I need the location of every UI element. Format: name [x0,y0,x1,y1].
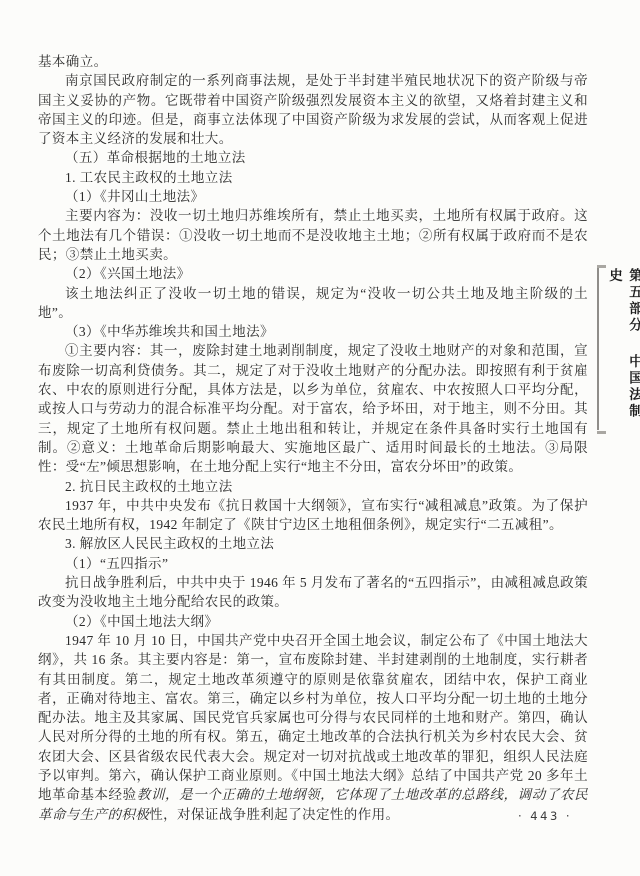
body-text: 该土地法纠正了没收一切土地的错误，规定为“没收一切公共土地及地主阶级的土地”。 [38,286,588,320]
paragraph: 主要内容为：没收一切土地归苏维埃所有，禁止土地买卖，土地所有权属于政府。这个土地… [38,206,588,264]
body-text: ①主要内容：其一，废除封建土地剥削制度，规定了没收土地财产的对象和范围，宣布废除… [38,343,588,474]
paragraph: 3. 解放区人民民主政权的土地立法 [38,534,588,553]
chapter-side-tab: 第五部分 中国法制史 [597,268,640,430]
body-text: （2）《中国土地法大纲》 [65,614,218,629]
body-text: 抗日战争胜利后，中共中央于 1946 年 5 月发布了著名的“五四指示”，由减租… [38,575,588,609]
body-text: 基本确立。 [38,54,108,69]
body-text: 性，对保证战争胜利起了决定性的作用。 [149,807,399,822]
body-text: 1947 年 10 月 10 日，中国共产党中央召开全国土地会议，制定公布了《中… [38,633,588,802]
body-text: （五）革命根据地的土地立法 [65,150,246,165]
body-text: （1）《井冈山土地法》 [65,189,204,204]
paragraph: 南京国民政府制定的一系列商事法规，是处于半封建半殖民地状况下的资产阶级与帝国主义… [38,71,588,148]
body-text: 主要内容为：没收一切土地归苏维埃所有，禁止土地买卖，土地所有权属于政府。这个土地… [38,208,588,262]
paragraph: （2）《兴国土地法》 [38,264,588,283]
paragraph: （五）革命根据地的土地立法 [38,148,588,167]
body-text: （3）《中华苏维埃共和国土地法》 [65,324,274,339]
book-page: 基本确立。南京国民政府制定的一系列商事法规，是处于半封建半殖民地状况下的资产阶级… [0,0,640,876]
paragraph: 1. 工农民主政权的土地立法 [38,168,588,187]
paragraph: 1947 年 10 月 10 日，中国共产党中央召开全国土地会议，制定公布了《中… [38,631,588,824]
body-text: 3. 解放区人民民主政权的土地立法 [65,536,274,551]
paragraph: （1）“五四指示” [38,554,588,573]
body-text: （1）“五四指示” [65,556,168,571]
paragraph: 2. 抗日民主政权的土地立法 [38,477,588,496]
body-text: 1937 年，中共中央发布《抗日救国十大纲领》，宣布实行“减租减息”政策。为了保… [38,498,588,532]
paragraph: （3）《中华苏维埃共和国土地法》 [38,322,588,341]
chapter-tab-text: 第五部分 中国法制史 [604,268,640,430]
paragraph: （1）《井冈山土地法》 [38,187,588,206]
part-label: 第五部分 [627,268,640,334]
paragraph: 基本确立。 [38,52,588,71]
paragraph: 该土地法纠正了没收一切土地的错误，规定为“没收一切公共土地及地主阶级的土地”。 [38,284,588,323]
page-number: · 443 · [518,809,572,823]
tab-tick-top [597,265,606,268]
body-text: 1. 工农民主政权的土地立法 [65,170,233,185]
page-body-text: 基本确立。南京国民政府制定的一系列商事法规，是处于半封建半殖民地状况下的资产阶级… [38,52,588,824]
body-text: （2）《兴国土地法》 [65,266,191,281]
body-text: 南京国民政府制定的一系列商事法规，是处于半封建半殖民地状况下的资产阶级与帝国主义… [38,73,588,146]
paragraph: ①主要内容：其一，废除封建土地剥削制度，规定了没收土地财产的对象和范围，宣布废除… [38,341,588,476]
tab-tick-bottom [597,431,606,434]
paragraph: 1937 年，中共中央发布《抗日救国十大纲领》，宣布实行“减租减息”政策。为了保… [38,496,588,535]
paragraph: 抗日战争胜利后，中共中央于 1946 年 5 月发布了著名的“五四指示”，由减租… [38,573,588,612]
paragraph: （2）《中国土地法大纲》 [38,612,588,631]
body-text: 2. 抗日民主政权的土地立法 [65,479,233,494]
